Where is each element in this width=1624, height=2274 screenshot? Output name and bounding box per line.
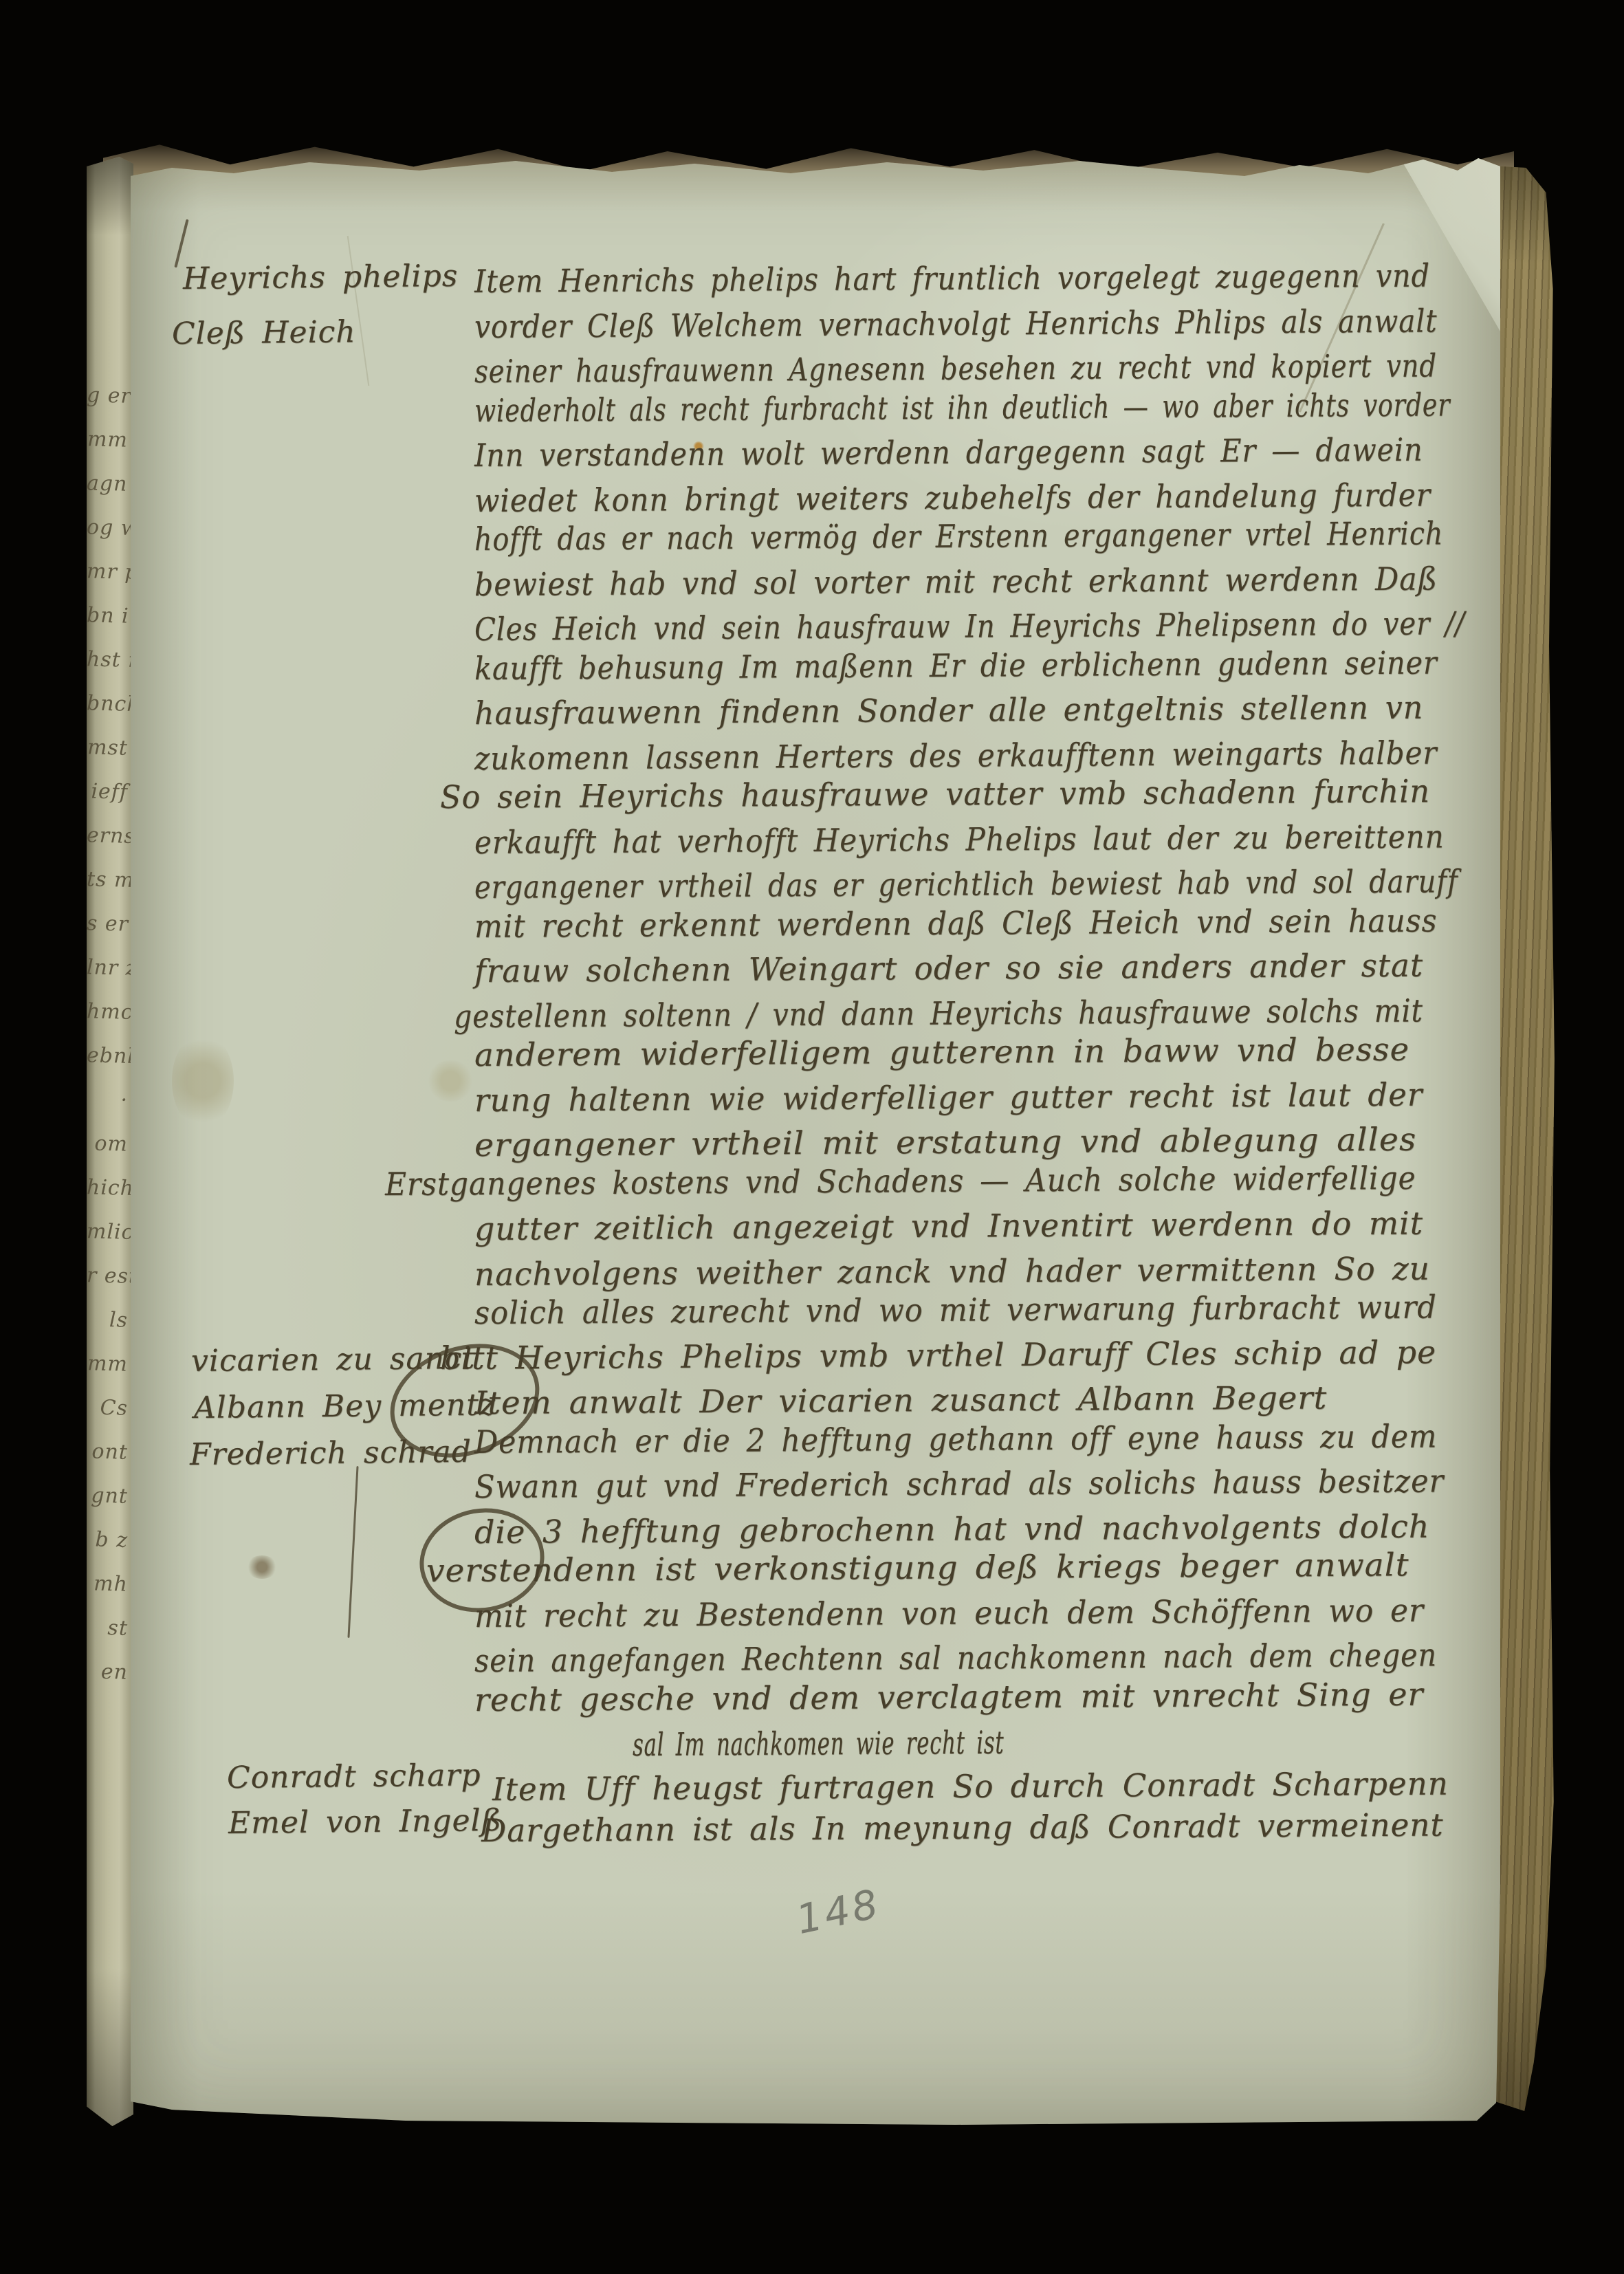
manuscript-line: Cles Heich vnd sein hausfrauw In Heyrich…	[474, 604, 1465, 648]
manuscript-line: Inn verstandenn wolt werdenn dargegenn s…	[474, 431, 1423, 474]
manuscript-line: wiedet konn bringt weiters zubehelfs der…	[474, 477, 1431, 519]
text-fragment: st	[87, 1615, 128, 1641]
pen-descender-stroke	[347, 1466, 358, 1638]
text-fragment: hmch	[87, 999, 128, 1025]
manuscript-line: gutter zeitlich angezeigt vnd Inventirt …	[474, 1205, 1423, 1247]
text-fragment: mr p	[87, 559, 128, 584]
text-fragment: hich	[87, 1175, 128, 1201]
text-fragment: ebnl	[87, 1043, 128, 1069]
margin-note-line: Cleß Heich	[172, 314, 356, 351]
manuscript-line: ergangener vrtheil das er gerichtlich be…	[474, 862, 1458, 906]
text-fragment: gnt	[87, 1483, 128, 1509]
text-fragment: Cs	[87, 1395, 128, 1421]
manuscript-line: gestellenn soltenn / vnd dann Heyrichs h…	[454, 992, 1423, 1035]
adjacent-page-edge: g ermmagn erog wmr pbn ihst nbnchmstieff…	[87, 157, 133, 2126]
text-fragment: ls	[87, 1307, 128, 1333]
manuscript-line: Item anwalt Der vicarien zusanct Albann …	[474, 1379, 1328, 1421]
text-fragment: s er	[87, 911, 128, 937]
manuscript-line: Erstgangenes kostens vnd Schadens — Auch…	[385, 1159, 1416, 1203]
manuscript-line: erkaufft hat verhofft Heyrichs Phelips l…	[474, 818, 1445, 861]
manuscript-line: hofft das er nach vermög der Erstenn erg…	[474, 514, 1444, 558]
text-fragment: g er	[87, 383, 128, 408]
manuscript-line: Dargethann ist als In meynung daß Conrad…	[481, 1806, 1444, 1849]
text-fragment: ·	[87, 1087, 128, 1113]
text-fragment: r est	[87, 1263, 128, 1289]
text-fragment: og w	[87, 515, 128, 540]
text-fragment: hst n	[87, 647, 128, 673]
margin-note-line: Heyrichs phelips	[183, 259, 459, 296]
text-fragment: en	[87, 1659, 128, 1685]
pen-flourish-stroke	[174, 219, 188, 268]
text-fragment: mlich	[87, 1219, 128, 1245]
manuscript-line: mit recht zu Bestendenn von euch dem Sch…	[474, 1592, 1424, 1635]
manuscript-line: kaufft behusung Im maßenn Er die erblich…	[474, 644, 1438, 687]
text-fragment: agn er	[87, 471, 128, 496]
manuscript-line: Demnach er die 2 hefftung gethann off ey…	[474, 1417, 1438, 1461]
text-fragment: mm	[87, 1351, 128, 1377]
manuscript-line: mit recht erkennt werdenn daß Cleß Heich…	[474, 901, 1438, 945]
text-fragment: b z	[87, 1527, 128, 1553]
manuscript-page: Heyrichs phelips Cleß Heich vicarien zu …	[131, 153, 1500, 2126]
text-fragment: ernst	[87, 823, 128, 849]
stain	[426, 1060, 474, 1102]
manuscript-line: So sein Heyrichs hausfrauwe vatter vmb s…	[440, 772, 1430, 816]
manuscript-line: wiederholt als recht furbracht ist ihn d…	[474, 386, 1451, 429]
manuscript-line: ergangener vrtheil mit erstatung vnd abl…	[474, 1121, 1417, 1163]
manuscript-line: anderem widerfelligem gutterenn in baww …	[474, 1031, 1409, 1073]
manuscript-line: seiner hausfrauwenn Agnesenn besehen zu …	[474, 347, 1437, 390]
manuscript-line: nachvolgens weither zanck vnd hader verm…	[474, 1250, 1430, 1293]
manuscript-line: verstendenn ist verkonstigung deß kriegs…	[426, 1546, 1409, 1589]
text-fragment: bnch	[87, 691, 128, 717]
text-fragment: bn i	[87, 603, 128, 628]
manuscript-line: rung haltenn wie widerfelliger gutter re…	[474, 1076, 1423, 1119]
manuscript-line: Item Uff heugst furtragen So durch Conra…	[492, 1765, 1449, 1808]
manuscript-line: die 3 hefftung gebrochenn hat vnd nachvo…	[474, 1508, 1430, 1551]
manuscript-line: bitt Heyrichs Phelips vmb vrthel Daruff …	[440, 1333, 1436, 1377]
manuscript-line: zukomenn lassenn Herters des erkaufftenn…	[474, 734, 1438, 777]
margin-note-line: Emel von Ingelß	[228, 1803, 503, 1841]
manuscript-line: frauw solchenn Weingart oder so sie ande…	[474, 947, 1423, 990]
text-fragment: om	[87, 1131, 128, 1157]
manuscript-line: solich alles zurecht vnd wo mit verwarun…	[474, 1288, 1437, 1331]
manuscript-line: recht gesche vnd dem verclagtem mit vnre…	[474, 1676, 1424, 1718]
text-fragment: ts mr	[87, 867, 128, 893]
manuscript-line: hausfrauwenn findenn Sonder alle entgelt…	[474, 689, 1424, 732]
text-fragment: mh	[87, 1571, 128, 1597]
margin-note-line: Conradt scharp	[227, 1758, 481, 1795]
text-fragment: mm	[87, 427, 128, 452]
text-fragment: ont	[87, 1439, 128, 1465]
photograph-of-open-book: g ermmagn erog wmr pbn ihst nbnchmstieff…	[0, 0, 1624, 2274]
text-fragment: mst	[87, 735, 128, 761]
manuscript-line: vorder Cleß Welchem vernachvolgt Henrich…	[474, 302, 1438, 345]
manuscript-line: sein angefangen Rechtenn sal nachkomenn …	[474, 1636, 1437, 1679]
pencil-folio-number: 148	[792, 1880, 884, 1943]
stain	[172, 1033, 234, 1129]
paper-crease	[347, 236, 370, 386]
stain	[246, 1555, 278, 1579]
text-fragment: ieff	[87, 779, 128, 805]
manuscript-line: Swann gut vnd Frederich schrad als solic…	[474, 1462, 1444, 1505]
manuscript-line: sal Im nachkomen wie recht ist	[633, 1724, 1005, 1763]
text-fragment: lnr z	[87, 955, 128, 981]
manuscript-line: bewiest hab vnd sol vorter mit recht erk…	[474, 560, 1438, 603]
manuscript-line: Item Henrichs phelips hart fruntlich vor…	[474, 257, 1430, 300]
